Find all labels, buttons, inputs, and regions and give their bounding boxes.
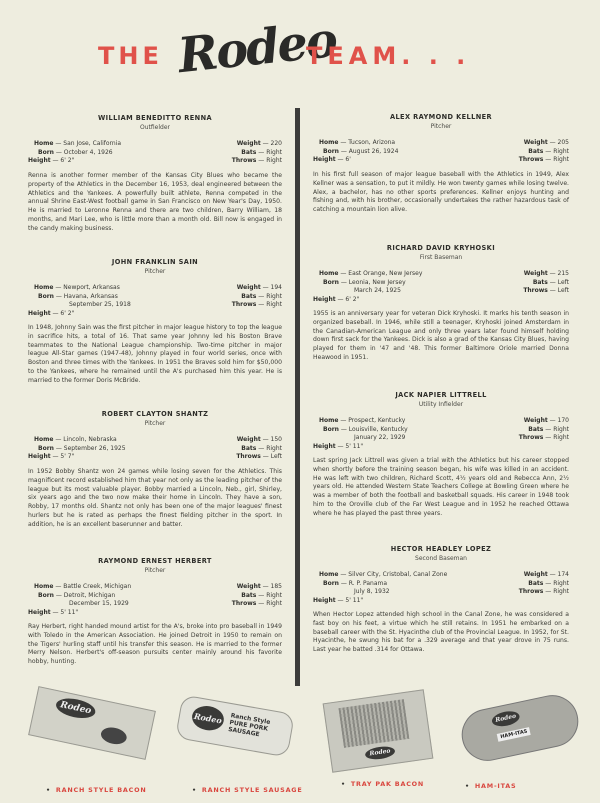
- player-card: JACK NAPIER LITTRELLUtility InfielderHom…: [313, 391, 569, 519]
- stat-bats: Bats — Right: [232, 149, 282, 158]
- player-name: ALEX RAYMOND KELLNER: [313, 113, 569, 121]
- stat-bats: Bats — Right: [236, 445, 282, 454]
- player-stats: Home — Silver City, Cristobal, Canal Zon…: [313, 571, 569, 605]
- rodeo-logo-icon: Rodeo: [190, 704, 226, 733]
- product-label-text: TRAY PAK BACON: [351, 780, 424, 788]
- product-label: •TRAY PAK BACON: [341, 780, 424, 788]
- player-position: First Baseman: [313, 254, 569, 261]
- stats-left: Home — Silver City, Cristobal, Canal Zon…: [313, 571, 447, 605]
- player-stats: Home — East Orange, New JerseyBorn — Leo…: [313, 270, 569, 304]
- seal-icon: [99, 725, 128, 746]
- sausage-package-image: Rodeo Ranch Style PURE PORK SAUSAGE: [175, 694, 295, 757]
- header-suffix: TEAM. . .: [306, 42, 470, 70]
- stat-bats: Bats — Right: [232, 293, 282, 302]
- product-label: •RANCH STYLE BACON: [46, 786, 147, 794]
- stat-height: Height — 6': [313, 156, 398, 165]
- stat-bats: Bats — Left: [523, 279, 569, 288]
- stats-right: Weight — 215Bats — LeftThrows — Left: [523, 270, 569, 296]
- stat-born: Born — R. P. Panama: [313, 580, 447, 589]
- stat-born: Born — Leonia, New Jersey: [313, 279, 422, 288]
- player-name: JACK NAPIER LITTRELL: [313, 391, 569, 399]
- stats-right: Weight — 150Bats — RightThrows — Left: [236, 436, 282, 462]
- sausage-package-text: Ranch Style PURE PORK SAUSAGE: [228, 712, 287, 742]
- bacon-window: [338, 699, 409, 748]
- stat-home: Home — Silver City, Cristobal, Canal Zon…: [313, 571, 447, 580]
- stats-left: Home — Newport, ArkansasBorn — Havana, A…: [28, 284, 131, 318]
- stat-born: Born — Louisville, Kentucky: [313, 426, 408, 435]
- player-position: Pitcher: [28, 567, 282, 574]
- player-card: RAYMOND ERNEST HERBERTPitcherHome — Batt…: [28, 557, 282, 667]
- player-bio: In 1952 Bobby Shantz won 24 games while …: [28, 468, 282, 530]
- product-label-text: RANCH STYLE BACON: [56, 786, 147, 794]
- stat-home: Home — Lincoln, Nebraska: [28, 436, 126, 445]
- ham-itas-package-text: HAM-ITAS: [497, 727, 531, 742]
- stat-throws: Throws — Left: [523, 287, 569, 296]
- rodeo-logo-icon: Rodeo: [364, 745, 395, 761]
- ham-itas-package-image: Rodeo HAM-ITAS: [457, 690, 583, 765]
- stat-home: Home — Prospect, Kentucky: [313, 417, 408, 426]
- player-bio: Last spring Jack Littrell was given a tr…: [313, 457, 569, 519]
- stats-right: Weight — 185Bats — RightThrows — Right: [232, 583, 282, 609]
- stat-weight: Weight — 170: [519, 417, 569, 426]
- page: THE Rodeo TEAM. . . WILLIAM BENEDITTO RE…: [0, 0, 600, 803]
- stat-home: Home — East Orange, New Jersey: [313, 270, 422, 279]
- player-name: JOHN FRANKLIN SAIN: [28, 258, 282, 266]
- product-ranch-style-sausage: Rodeo Ranch Style PURE PORK SAUSAGE •RAN…: [172, 698, 302, 778]
- stat-born-date: July 8, 1932: [313, 588, 447, 597]
- player-bio: In his first full season of major league…: [313, 171, 569, 215]
- player-position: Second Baseman: [313, 555, 569, 562]
- column-divider: [295, 108, 300, 686]
- player-card: WILLIAM BENEDITTO RENNAOutfielderHome — …: [28, 114, 282, 234]
- product-ranch-style-bacon: Rodeo •RANCH STYLE BACON: [28, 698, 158, 778]
- header-prefix: THE: [98, 42, 163, 70]
- stat-throws: Throws — Right: [232, 301, 282, 310]
- product-strip: Rodeo •RANCH STYLE BACON Rodeo Ranch Sty…: [0, 690, 600, 803]
- stats-right: Weight — 220Bats — RightThrows — Right: [232, 140, 282, 166]
- stat-height: Height — 5' 11": [28, 609, 131, 618]
- stat-born-date: December 15, 1929: [28, 600, 131, 609]
- player-card: JOHN FRANKLIN SAINPitcherHome — Newport,…: [28, 258, 282, 386]
- stat-weight: Weight — 215: [523, 270, 569, 279]
- stat-bats: Bats — Right: [519, 426, 569, 435]
- player-bio: When Hector Lopez attended high school i…: [313, 611, 569, 655]
- stat-born-date: March 24, 1925: [313, 287, 422, 296]
- player-card: ALEX RAYMOND KELLNERPitcherHome — Tucson…: [313, 113, 569, 215]
- player-stats: Home — Battle Creek, MichiganBorn — Detr…: [28, 583, 282, 617]
- stat-throws: Throws — Right: [519, 434, 569, 443]
- stat-weight: Weight — 174: [519, 571, 569, 580]
- stat-height: Height — 5' 11": [313, 443, 408, 452]
- player-position: Pitcher: [28, 268, 282, 275]
- stat-weight: Weight — 205: [519, 139, 569, 148]
- player-stats: Home — Newport, ArkansasBorn — Havana, A…: [28, 284, 282, 318]
- stat-weight: Weight — 220: [232, 140, 282, 149]
- player-name: HECTOR HEADLEY LOPEZ: [313, 545, 569, 553]
- stat-born-date: September 25, 1918: [28, 301, 131, 310]
- player-stats: Home — Prospect, KentuckyBorn — Louisvil…: [313, 417, 569, 451]
- player-position: Outfielder: [28, 124, 282, 131]
- stats-right: Weight — 174Bats — RightThrows — Right: [519, 571, 569, 597]
- product-label-text: HAM-ITAS: [475, 782, 517, 790]
- stats-left: Home — San Jose, CaliforniaBorn — Octobe…: [28, 140, 121, 166]
- stat-throws: Throws — Right: [232, 157, 282, 166]
- player-card: RICHARD DAVID KRYHOSKIFirst BasemanHome …: [313, 244, 569, 363]
- stats-left: Home — Prospect, KentuckyBorn — Louisvil…: [313, 417, 408, 451]
- player-name: ROBERT CLAYTON SHANTZ: [28, 410, 282, 418]
- stat-home: Home — Newport, Arkansas: [28, 284, 131, 293]
- stat-born: Born — Havana, Arkansas: [28, 293, 131, 302]
- bacon-package-image: Rodeo: [28, 686, 156, 760]
- player-stats: Home — Tucson, ArizonaBorn — August 26, …: [313, 139, 569, 165]
- player-bio: Ray Herbert, right handed mound artist f…: [28, 623, 282, 667]
- tray-pak-package-image: Rodeo: [323, 689, 434, 773]
- stats-left: Home — Tucson, ArizonaBorn — August 26, …: [313, 139, 398, 165]
- product-tray-pak-bacon: Rodeo •TRAY PAK BACON: [325, 692, 435, 778]
- stat-bats: Bats — Right: [519, 148, 569, 157]
- stat-height: Height — 5' 7": [28, 453, 126, 462]
- stat-weight: Weight — 194: [232, 284, 282, 293]
- player-position: Pitcher: [28, 420, 282, 427]
- stat-born: Born — August 26, 1924: [313, 148, 398, 157]
- stats-left: Home — Battle Creek, MichiganBorn — Detr…: [28, 583, 131, 617]
- player-card: ROBERT CLAYTON SHANTZPitcherHome — Linco…: [28, 410, 282, 530]
- stat-bats: Bats — Right: [519, 580, 569, 589]
- product-ham-itas: Rodeo HAM-ITAS •HAM-ITAS: [455, 694, 585, 780]
- stat-throws: Throws — Right: [519, 588, 569, 597]
- stats-right: Weight — 194Bats — RightThrows — Right: [232, 284, 282, 310]
- stat-born: Born — September 26, 1925: [28, 445, 126, 454]
- stat-throws: Throws — Right: [232, 600, 282, 609]
- player-name: WILLIAM BENEDITTO RENNA: [28, 114, 282, 122]
- stat-born-date: January 22, 1929: [313, 434, 408, 443]
- player-card: HECTOR HEADLEY LOPEZSecond BasemanHome —…: [313, 545, 569, 655]
- player-bio: 1955 is an anniversary year for veteran …: [313, 310, 569, 363]
- stat-born: Born — Detroit, Michigan: [28, 592, 131, 601]
- player-stats: Home — San Jose, CaliforniaBorn — Octobe…: [28, 140, 282, 166]
- brand-logo: Rodeo: [174, 4, 304, 96]
- player-position: Pitcher: [313, 123, 569, 130]
- stat-height: Height — 6' 2": [28, 310, 131, 319]
- stat-height: Height — 6' 2": [28, 157, 121, 166]
- stats-left: Home — Lincoln, NebraskaBorn — September…: [28, 436, 126, 462]
- stat-weight: Weight — 185: [232, 583, 282, 592]
- page-header: THE Rodeo TEAM. . .: [0, 0, 600, 100]
- stat-home: Home — Battle Creek, Michigan: [28, 583, 131, 592]
- stat-bats: Bats — Right: [232, 592, 282, 601]
- stat-home: Home — San Jose, California: [28, 140, 121, 149]
- player-stats: Home — Lincoln, NebraskaBorn — September…: [28, 436, 282, 462]
- player-name: RICHARD DAVID KRYHOSKI: [313, 244, 569, 252]
- stat-height: Height — 5' 11": [313, 597, 447, 606]
- stat-weight: Weight — 150: [236, 436, 282, 445]
- stat-born: Born — October 4, 1926: [28, 149, 121, 158]
- stats-right: Weight — 170Bats — RightThrows — Right: [519, 417, 569, 443]
- stat-home: Home — Tucson, Arizona: [313, 139, 398, 148]
- product-label: •HAM-ITAS: [465, 782, 516, 790]
- rodeo-logo-icon: Rodeo: [491, 709, 521, 729]
- rodeo-logo-icon: Rodeo: [54, 695, 97, 721]
- player-bio: Renna is another former member of the Ka…: [28, 172, 282, 234]
- stats-left: Home — East Orange, New JerseyBorn — Leo…: [313, 270, 422, 304]
- player-name: RAYMOND ERNEST HERBERT: [28, 557, 282, 565]
- stat-throws: Throws — Right: [519, 156, 569, 165]
- product-label: •RANCH STYLE SAUSAGE: [192, 786, 303, 794]
- stat-throws: Throws — Left: [236, 453, 282, 462]
- player-position: Utility Infielder: [313, 401, 569, 408]
- stats-right: Weight — 205Bats — RightThrows — Right: [519, 139, 569, 165]
- player-bio: In 1948, Johnny Sain was the first pitch…: [28, 324, 282, 386]
- product-label-text: RANCH STYLE SAUSAGE: [202, 786, 303, 794]
- stat-height: Height — 6' 2": [313, 296, 422, 305]
